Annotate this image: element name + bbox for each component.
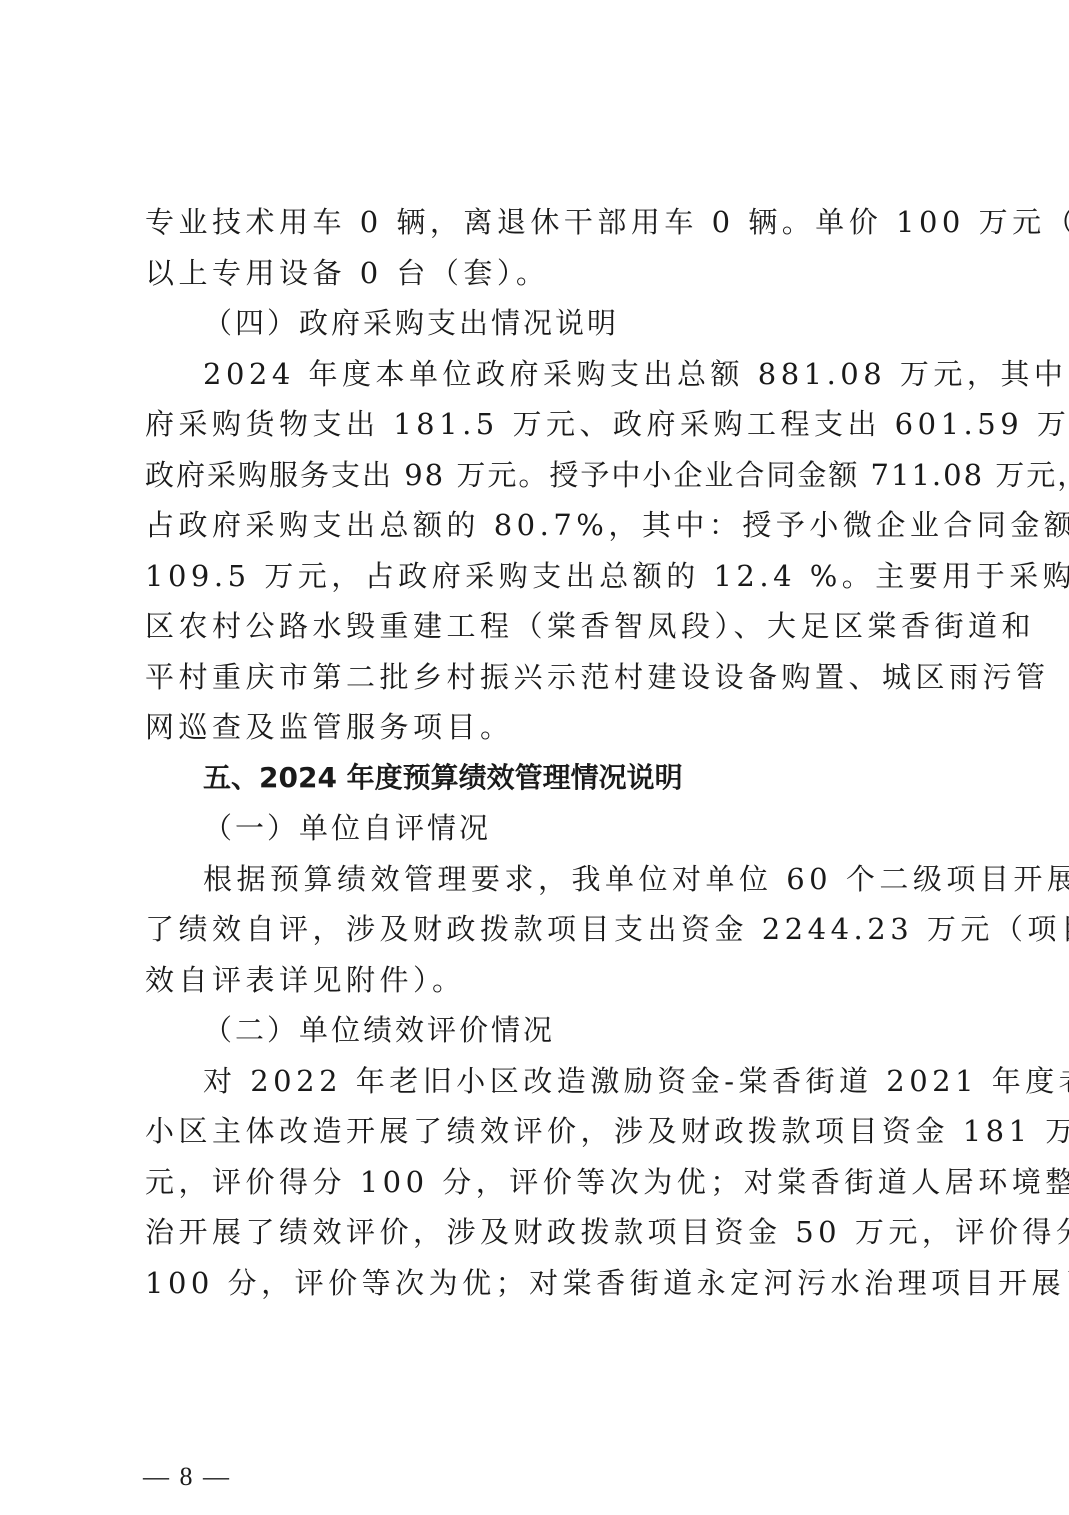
body-text-line: 根据预算绩效管理要求，我单位对单位 60 个二级项目开展 — [145, 854, 940, 905]
body-text-line: 政府采购服务支出 98 万元。授予中小企业合同金额 711.08 万元， — [145, 450, 940, 501]
body-text-line: 效自评表详见附件）。 — [145, 955, 945, 1006]
section-heading-performance-management: 五、2024 年度预算绩效管理情况说明 — [145, 753, 945, 804]
body-text-line: 小区主体改造开展了绩效评价，涉及财政拨款项目资金 181 万 — [145, 1106, 940, 1157]
body-text-line: 治开展了绩效评价，涉及财政拨款项目资金 50 万元，评价得分 — [145, 1207, 940, 1258]
body-text-line: 了绩效自评，涉及财政拨款项目支出资金 2244.23 万元（项目绩 — [145, 904, 940, 955]
section-subheading-self-evaluation: （一）单位自评情况 — [145, 803, 945, 854]
body-text-line: 府采购货物支出 181.5 万元、政府采购工程支出 601.59 万元、 — [145, 399, 940, 450]
body-text-line: 100 分，评价等次为优；对棠香街道永定河污水治理项目开展了 — [145, 1258, 940, 1309]
body-text-line: 元，评价得分 100 分，评价等次为优；对棠香街道人居环境整 — [145, 1157, 940, 1208]
body-text-line: 网巡查及监管服务项目。 — [145, 702, 945, 753]
body-text-line: 区农村公路水毁重建工程（棠香智凤段）、大足区棠香街道和 — [145, 601, 940, 652]
section-subheading-performance-evaluation: （二）单位绩效评价情况 — [145, 1005, 945, 1056]
body-text-line: 对 2022 年老旧小区改造激励资金-棠香街道 2021 年度老旧 — [145, 1056, 940, 1107]
body-text-line: 占政府采购支出总额的 80.7%，其中：授予小微企业合同金额 — [145, 500, 940, 551]
section-subheading-government-procurement: （四）政府采购支出情况说明 — [145, 298, 945, 349]
body-text-line: 2024 年度本单位政府采购支出总额 881.08 万元，其中：政 — [145, 349, 940, 400]
document-page-body: 专业技术用车 0 辆，离退休干部用车 0 辆。单价 100 万元（含） 以上专用… — [145, 197, 945, 1308]
body-text-line: 以上专用设备 0 台（套）。 — [145, 248, 945, 299]
body-text-line: 专业技术用车 0 辆，离退休干部用车 0 辆。单价 100 万元（含） — [145, 197, 940, 248]
body-text-line: 109.5 万元，占政府采购支出总额的 12.4 %。主要用于采购大足 — [145, 551, 940, 602]
body-text-line: 平村重庆市第二批乡村振兴示范村建设设备购置、城区雨污管 — [145, 652, 940, 703]
page-number: — 8 — — [143, 1462, 231, 1492]
